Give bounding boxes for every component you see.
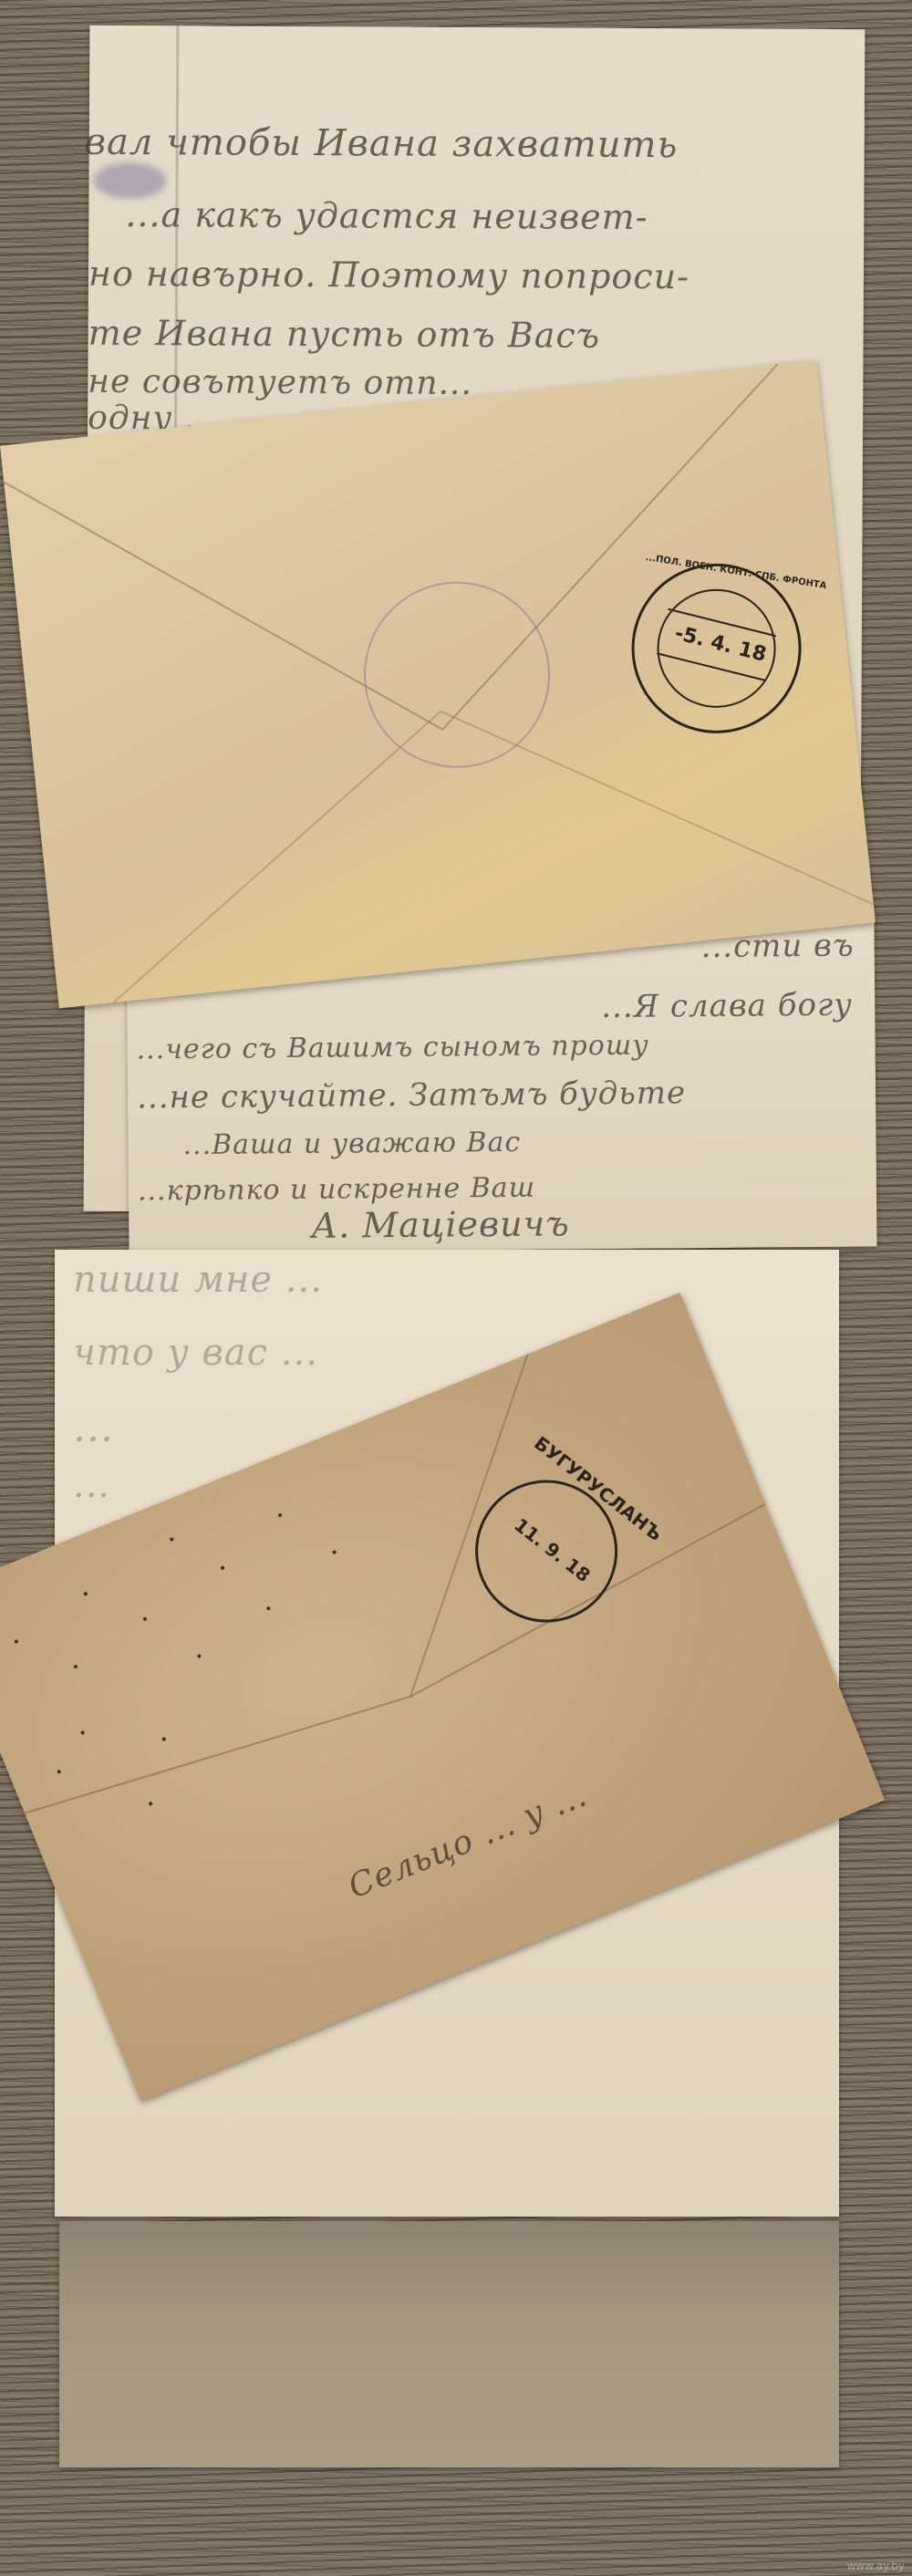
letter-line: что у вас ... [73,1332,318,1374]
letter-line: не совътуетъ отп... [88,363,472,402]
envelope-top: -5. 4. 18 ...ПОЛ. ВОЕН. КОНТ. СПБ. ФРОНТ… [0,360,876,1009]
letter-line: но навърно. Поэтому попроси- [88,254,689,296]
letter-line: ...чего съ Вашимъ сыномъ прошу [136,1030,648,1066]
signature: А. Мацiевичъ [311,1203,570,1245]
postmark-date: 11. 9. 18 [510,1513,595,1586]
letter-line: ...Ваша и уважаю Вас [182,1127,521,1161]
letter-line: ...Я слава богу [601,987,853,1025]
letter-line: ...а какъ удастся неизвет- [125,194,648,237]
letter-line: вал чтобы Ивана захватить [85,121,679,166]
ink-smudge [93,162,166,199]
letter-line: ... [73,1464,110,1506]
letter-line: ...крѣпко и искренне Ваш [138,1172,535,1208]
watermark: www.ay.by [847,2560,905,2572]
letter-line: ... [73,1405,114,1451]
letter-line: те Ивана пусть отъ Васъ [88,313,601,356]
letter-line: пиши мне ... [73,1259,323,1301]
letter-line: ...не скучайте. Затъмъ будьте [137,1075,686,1116]
letter-bottom-fold [59,2221,839,2467]
